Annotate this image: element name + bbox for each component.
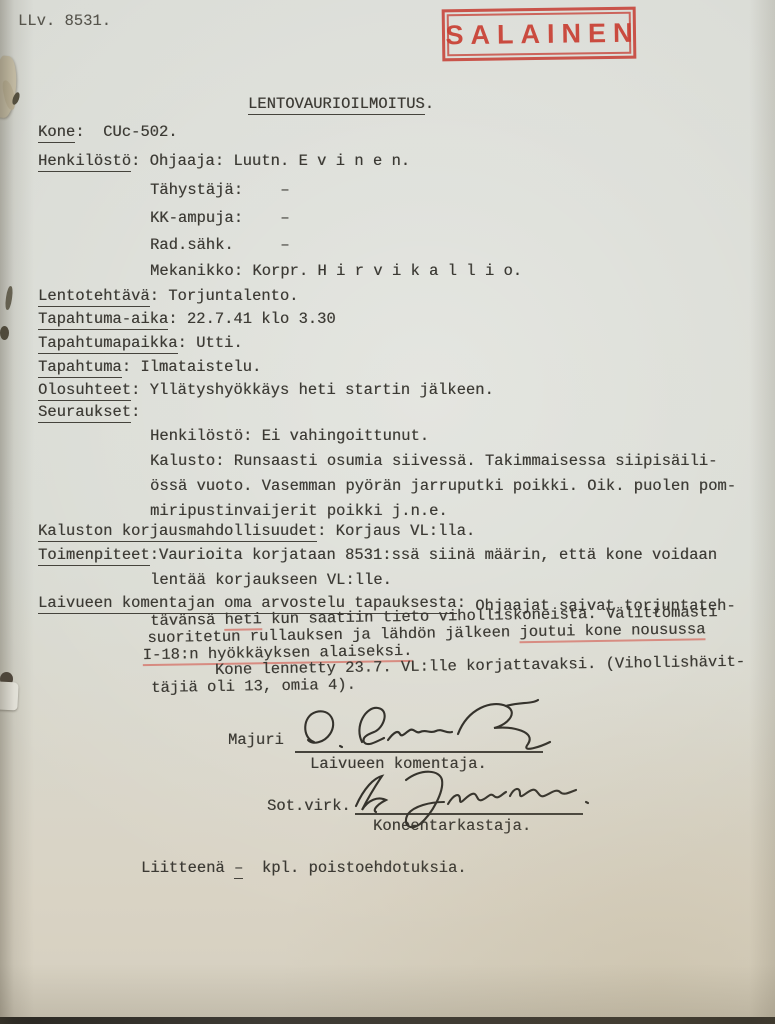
field-paikka-label: Tapahtumapaikka <box>38 334 178 354</box>
field-lentotehtava-value: : Torjuntalento. <box>150 287 299 305</box>
seuraukset-row: miripustinvaijerit poikki j.n.e. <box>150 502 448 520</box>
field-olosuhteet-value: : Yllätyshyökkäys heti startin jälkeen. <box>131 381 494 399</box>
smudge <box>0 672 13 686</box>
field-tapahtuma-value: : Ilmataistelu. <box>122 358 262 376</box>
arvostelu-line3-red: joutui kone nousussa <box>519 620 705 643</box>
field-henkilosto-label: Henkilöstö <box>38 152 131 172</box>
secret-stamp: SALAINEN <box>442 7 637 62</box>
torn-paper-edge <box>1 79 17 110</box>
field-lentotehtava-label: Lentotehtävä <box>38 287 150 307</box>
secret-stamp-text: SALAINEN <box>447 12 632 57</box>
ink-speck <box>11 91 21 105</box>
crew-row: KK-ampuja: – <box>150 209 290 227</box>
signature1-rank: Majuri <box>228 731 284 749</box>
field-tapahtumapaikka: Tapahtumapaikka: Utti. <box>38 334 243 352</box>
attachment-prefix: Liitteenä <box>141 859 234 877</box>
signature1-handwriting <box>292 698 562 760</box>
signature2-handwriting <box>348 762 598 832</box>
arvostelu-line6: täjiä oli 13, omia 4). <box>151 676 356 697</box>
field-tapahtuma: Tapahtuma: Ilmataistelu. <box>38 358 261 376</box>
field-kone-value: : CUc-502. <box>75 123 177 141</box>
signature2-rank: Sot.virk. <box>267 797 351 815</box>
seuraukset-row: össä vuoto. Vasemman pyörän jarruputki p… <box>150 477 736 495</box>
attachment-note: Liitteenä – kpl. poistoehdotuksia. <box>141 859 467 877</box>
field-olosuhteet: Olosuhteet: Yllätyshyökkäys heti startin… <box>38 381 494 399</box>
ink-speck <box>4 286 13 311</box>
torn-paper-edge <box>0 55 19 119</box>
paper-sticker <box>0 681 19 710</box>
field-lentotehtava: Lentotehtävä: Torjuntalento. <box>38 287 298 305</box>
attachment-suffix: kpl. poistoehdotuksia. <box>243 859 466 877</box>
document-title: LENTOVAURIOILMOITUS. <box>248 95 434 113</box>
document-title-text: LENTOVAURIOILMOITUS <box>248 95 425 115</box>
field-toimenpiteet: Toimenpiteet:Vaurioita korjataan 8531:ss… <box>38 546 717 564</box>
field-henkilosto: Henkilöstö: Ohjaaja: Luutn. E v i n e n. <box>38 152 410 170</box>
field-paikka-value: : Utti. <box>178 334 243 352</box>
seuraukset-row: Henkilöstö: Ei vahingoittunut. <box>150 427 429 445</box>
field-seuraukset: Seuraukset: <box>38 403 140 421</box>
field-kone: Kone: CUc-502. <box>38 123 178 141</box>
field-toimenpiteet-label: Toimenpiteet <box>38 546 150 566</box>
field-korjaus-label: Kaluston korjausmahdollisuudet <box>38 522 317 542</box>
field-tapahtuma-aika: Tapahtuma-aika: 22.7.41 klo 3.30 <box>38 310 336 328</box>
crew-row: Tähystäjä: – <box>150 181 290 199</box>
field-aika-value: : 22.7.41 klo 3.30 <box>168 310 335 328</box>
photo-edge-band <box>0 1017 775 1024</box>
ink-speck <box>0 326 9 340</box>
scanned-document-page: LLv. 8531. SALAINEN LENTOVAURIOILMOITUS.… <box>0 0 775 1024</box>
field-tapahtuma-label: Tapahtuma <box>38 358 122 378</box>
reference-number: LLv. 8531. <box>18 12 111 30</box>
seuraukset-row: Kalusto: Runsaasti osumia siivessä. Taki… <box>150 452 717 470</box>
field-toimenpiteet-value: :Vaurioita korjataan 8531:ssä siinä määr… <box>150 546 717 564</box>
attachment-dash: – <box>234 859 243 879</box>
field-seuraukset-label: Seuraukset <box>38 403 131 423</box>
field-kone-label: Kone <box>38 123 75 143</box>
field-seuraukset-colon: : <box>131 403 140 421</box>
field-aika-label: Tapahtuma-aika <box>38 310 168 330</box>
crew-row: Mekanikko: Korpr. H i r v i k a l l i o. <box>150 262 522 280</box>
field-olosuhteet-label: Olosuhteet <box>38 381 131 401</box>
field-henkilosto-value: : Ohjaaja: Luutn. E v i n e n. <box>131 152 410 170</box>
toimenpiteet-line2: lentää korjaukseen VL:lle. <box>150 571 392 589</box>
crew-row: Rad.sähk. – <box>150 236 290 254</box>
field-korjaus: Kaluston korjausmahdollisuudet: Korjaus … <box>38 522 475 540</box>
document-title-period: . <box>425 95 434 113</box>
field-korjaus-value: : Korjaus VL:lla. <box>317 522 475 540</box>
